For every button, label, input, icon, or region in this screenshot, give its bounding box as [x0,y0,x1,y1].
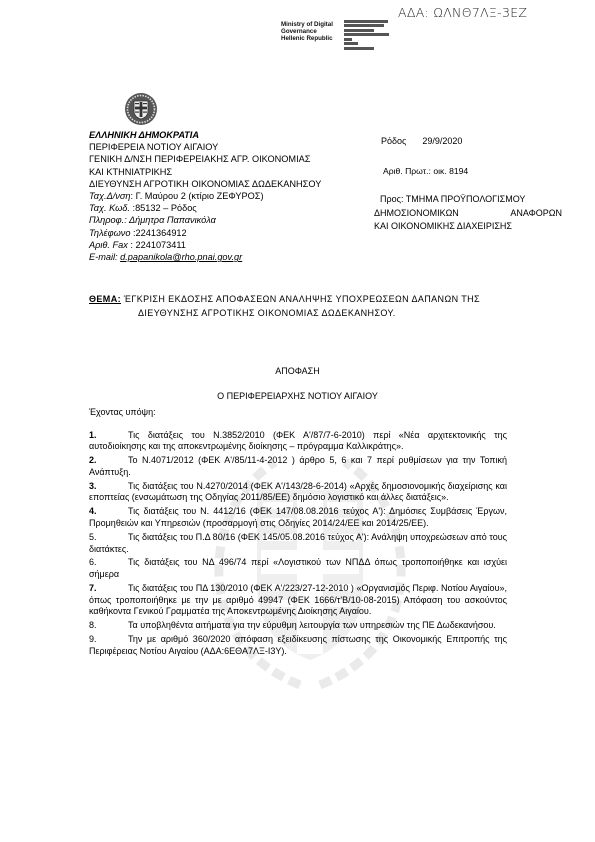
item-text: Τις διατάξεις του ΠΔ 130/2010 (ΦΕΚ Α'/22… [89,583,507,616]
item-number: 9. [89,634,128,646]
item-text: Τις διατάξεις του Ν.4270/2014 (ΦΕΚ Α'/14… [89,481,507,503]
considering-intro: Έχοντας υπόψη: [89,407,507,419]
legal-basis-item: 6.Τις διατάξεις του ΝΔ 496/74 περί «Λογι… [89,557,507,580]
place-date: Ρόδος29/9/2020 [381,136,462,146]
protocol-number: Αριθ. Πρωτ.: οικ. 8194 [383,166,468,176]
postcode-value: :85132 – Ρόδος [130,203,197,213]
fax-row: Αριθ. Fax : 2241073411 [89,239,321,251]
subject-text-cont: ΔΙΕΥΘΥΝΣΗΣ ΑΓΡΟΤΙΚΗΣ ΟΙΚΟΝΟΜΙΑΣ ΔΩΔΕΚΑΝΗ… [89,306,509,320]
greek-coat-of-arms-icon [124,92,158,126]
item-number: 5. [89,532,128,544]
fax-label: Αριθ. Fax [89,240,128,250]
legal-basis-item: 5.Τις διατάξεις του Π.Δ 80/16 (ΦΕΚ 145/0… [89,532,507,555]
item-text: Την με αριθμό 360/2020 απόφαση εξειδίκευ… [89,634,507,656]
ada-code: ΑΔΑ: ΩΛΝΘ7ΛΞ-3ΕΖ [398,5,527,20]
email-row: E-mail: d.papanikola@rho.pnai.gov.gr [89,251,321,263]
item-number: 4. [89,506,128,518]
stamp-line: Ministry of Digital [281,21,333,28]
stamp-line: Governance [281,28,333,35]
recipient-text: ΑΝΑΦΟΡΩΝ [510,207,562,221]
item-text: Το Ν.4071/2012 (ΦΕΚ Α'/85/11-4-2012 ) άρ… [89,455,507,477]
legal-basis-item: 4.Τις διατάξεις του Ν. 4412/16 (ΦΕΚ 147/… [89,506,507,529]
address-label: Ταχ.Δ/νση [89,191,131,201]
place: Ρόδος [381,136,406,146]
sender-header: ΕΛΛΗΝΙΚΗ ΔΗΜΟΚΡΑΤΙΑ ΠΕΡΙΦΕΡΕΙΑ ΝΟΤΙΟΥ ΑΙ… [89,129,321,263]
item-text: Τις διατάξεις του Π.Δ 80/16 (ΦΕΚ 145/05.… [89,532,507,554]
directorate-name: ΔΙΕΥΘΥΝΣΗ ΑΓΡΟΤΙΚΗ ΟΙΚΟΝΟΜΙΑΣ ΔΩΔΕΚΑΝΗΣΟ… [89,178,321,190]
address-value: : Γ. Μαύρου 2 (κτίριο ΖΕΦΥΡΟΣ) [131,191,264,201]
subject-text: ΈΓΚΡΙΣΗ ΕΚΔΟΣΗΣ ΑΠΟΦΑΣΕΩΝ ΑΝΑΛΗΨΗΣ ΥΠΟΧΡ… [121,294,480,304]
item-number: 7. [89,583,128,595]
item-text: Τις διατάξεις του Ν. 4412/16 (ΦΕΚ 147/08… [89,506,507,528]
info-row: Πληροφ.: Δήμητρα Παπανικόλα [89,214,321,226]
date: 29/9/2020 [422,136,462,146]
email-link[interactable]: d.papanikola@rho.pnai.gov.gr [120,252,242,262]
legal-basis-item: 3.Τις διατάξεις του Ν.4270/2014 (ΦΕΚ Α'/… [89,481,507,504]
postcode-row: Ταχ. Κωδ. :85132 – Ρόδος [89,202,321,214]
email-label: E-mail: [89,252,120,262]
fax-value: : 2241073411 [128,240,186,250]
info-value: : Δήμητρα Παπανικόλα [124,215,216,225]
general-directorate-cont: ΚΑΙ ΚΤΗΝΙΑΤΡΙΚΗΣ [89,166,321,178]
item-number: 2. [89,455,128,467]
digital-signature-stamp: Ministry of Digital Governance Hellenic … [281,21,333,42]
region-name: ΠΕΡΙΦΕΡΕΙΑ ΝΟΤΙΟΥ ΑΙΓΑΙΟΥ [89,141,321,153]
decision-title: ΑΠΟΦΑΣΗ [0,366,595,376]
stamp-line: Hellenic Republic [281,35,333,42]
legal-basis-item: 7.Τις διατάξεις του ΠΔ 130/2010 (ΦΕΚ Α'/… [89,583,507,618]
recipient-line: ΔΗΜΟΣΙΟΝΟΜΙΚΩΝ ΑΝΑΦΟΡΩΝ [374,207,562,221]
address-row: Ταχ.Δ/νση: Γ. Μαύρου 2 (κτίριο ΖΕΦΥΡΟΣ) [89,190,321,202]
subject-label: ΘΕΜΑ: [89,294,121,304]
phone-row: Τηλέφωνο :2241364912 [89,227,321,239]
legal-basis-item: 8.Τα υποβληθέντα αιτήματα για την εύρυθμ… [89,620,507,632]
signature-metadata-icon [344,20,389,51]
phone-label: Τηλέφωνο [89,228,130,238]
item-number: 8. [89,620,128,632]
recipient-line: Προς: ΤΜΗΜΑ ΠΡΟΫΠΟΛΟΓΙΣΜΟΥ [380,193,580,207]
recipient-text: ΔΗΜΟΣΙΟΝΟΜΙΚΩΝ [374,207,459,221]
item-text: Τις διατάξεις του ΝΔ 496/74 περί «Λογιστ… [89,557,507,579]
general-directorate: ΓΕΝΙΚΗ Δ/ΝΣΗ ΠΕΡΙΦΕΡΕΙΑΚΗΣ ΑΓΡ. ΟΙΚΟΝΟΜΙ… [89,153,321,165]
item-text: Τις διατάξεις του Ν.3852/2010 (ΦΕΚ Α'/87… [89,430,507,452]
legal-basis-item: 1.Τις διατάξεις του Ν.3852/2010 (ΦΕΚ Α'/… [89,430,507,453]
item-number: 3. [89,481,128,493]
info-label: Πληροφ. [89,215,124,225]
country-name: ΕΛΛΗΝΙΚΗ ΔΗΜΟΚΡΑΤΙΑ [89,129,321,141]
item-number: 1. [89,430,128,442]
legal-basis-item: 9.Την με αριθμό 360/2020 απόφαση εξειδίκ… [89,634,507,657]
phone-value: :2241364912 [130,228,186,238]
item-number: 6. [89,557,128,569]
subject-block: ΘΕΜΑ: ΈΓΚΡΙΣΗ ΕΚΔΟΣΗΣ ΑΠΟΦΑΣΕΩΝ ΑΝΑΛΗΨΗΣ… [89,292,509,320]
issuer-title: Ο ΠΕΡΙΦΕΡΕΙΑΡΧΗΣ ΝΟΤΙΟΥ ΑΙΓΑΙΟΥ [0,391,595,401]
recipient-line: ΚΑΙ ΟΙΚΟΝΟΜΙΚΗΣ ΔΙΑΧΕΙΡΙΣΗΣ [374,220,580,234]
postcode-label: Ταχ. Κωδ. [89,203,130,213]
document-body: Έχοντας υπόψη: 1.Τις διατάξεις του Ν.385… [89,407,507,657]
item-text: Τα υποβληθέντα αιτήματα για την εύρυθμη … [128,620,496,630]
recipient-block: Προς: ΤΜΗΜΑ ΠΡΟΫΠΟΛΟΓΙΣΜΟΥ ΔΗΜΟΣΙΟΝΟΜΙΚΩ… [380,193,580,234]
legal-basis-item: 2.Το Ν.4071/2012 (ΦΕΚ Α'/85/11-4-2012 ) … [89,455,507,478]
